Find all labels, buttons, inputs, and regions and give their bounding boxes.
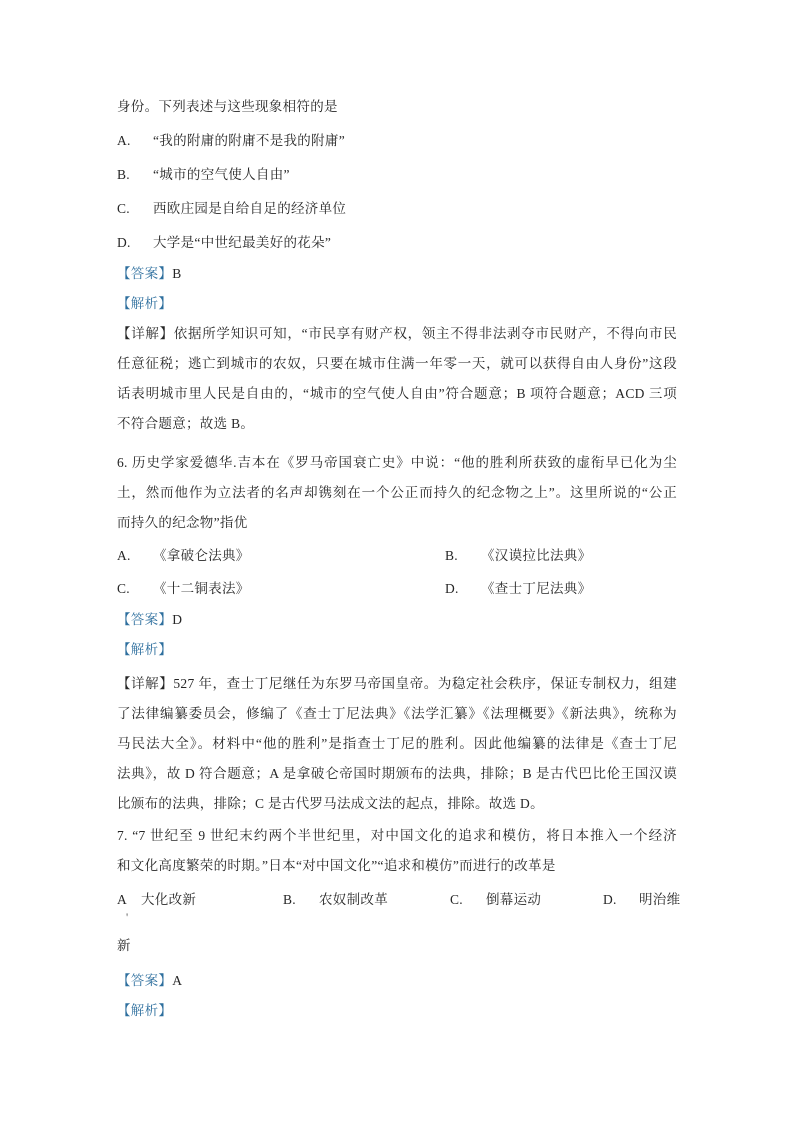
option-item-b: B.“城市的空气使人自由” bbox=[117, 160, 677, 190]
analysis-label: 【解析】 bbox=[117, 642, 172, 657]
option-text: 《十二铜表法》 bbox=[153, 581, 250, 596]
answer-value: D bbox=[172, 612, 182, 627]
option-text: 大化改新 bbox=[141, 892, 196, 907]
option-item-d: D.明治维 bbox=[603, 885, 680, 915]
option-item-d: D.《查士丁尼法典》 bbox=[445, 574, 591, 604]
detail-line: 【详解】依据所学知识可知，“市民享有财产权，领主不得非法剥夺市民财产，不得向市民 bbox=[117, 319, 677, 349]
answer-label: 【答案】 bbox=[117, 266, 172, 281]
option-d-continuation: 新 bbox=[117, 931, 677, 961]
option-item-b: B.《汉谟拉比法典》 bbox=[445, 541, 591, 571]
detail-line: 比颁布的法典，排除；C 是古代罗马法成文法的起点，排除。故选 D。 bbox=[117, 789, 677, 819]
option-item-c: C.西欧庄园是自给自足的经济单位 bbox=[117, 194, 677, 224]
detail-line: 了法律编纂委员会，修编了《查士丁尼法典》《法学汇纂》《法理概要》《新法典》，统称… bbox=[117, 699, 677, 729]
document-page: 身份。下列表述与这些现象相符的是 A.“我的附庸的附庸不是我的附庸” B.“城市… bbox=[0, 0, 793, 1122]
analysis-label-line: 【解析】 bbox=[117, 635, 677, 665]
option-letter: D. bbox=[445, 574, 481, 604]
question-5-options: A.“我的附庸的附庸不是我的附庸” B.“城市的空气使人自由” C.西欧庄园是自… bbox=[117, 126, 677, 258]
stem-line: 而持久的纪念物”指优 bbox=[117, 508, 677, 538]
analysis-label-line: 【解析】 bbox=[117, 289, 677, 319]
option-row-abcd: A大化改新 B.农奴制改革 C.倒幕运动 D.明治维 ' bbox=[117, 885, 677, 915]
detail-label: 【详解】 bbox=[117, 326, 174, 341]
detail-line: 法典》，故 D 符合题意；A 是拿破仑帝国时期颁布的法典，排除；B 是古代巴比伦… bbox=[117, 759, 677, 789]
question-5-detail: 【详解】依据所学知识可知，“市民享有财产权，领主不得非法剥夺市民财产，不得向市民… bbox=[117, 319, 677, 439]
option-item-c: C.《十二铜表法》 bbox=[117, 581, 250, 596]
option-item-d: D.大学是“中世纪最美好的花朵” bbox=[117, 228, 677, 258]
question-7-block: 7. “7 世纪至 9 世纪末约两个半世纪里，对中国文化的追求和模仿，将日本推入… bbox=[117, 821, 677, 1026]
detail-line: 任意征税；逃亡到城市的农奴，只要在城市住满一年零一天，就可以获得自由人身份”这段 bbox=[117, 349, 677, 379]
answer-line: 【答案】D bbox=[117, 605, 677, 635]
option-text: 明治维 bbox=[639, 892, 680, 907]
option-text: “城市的空气使人自由” bbox=[153, 167, 290, 182]
option-row-cd: C.《十二铜表法》 D.《查士丁尼法典》 bbox=[117, 574, 677, 604]
option-item-b: B.农奴制改革 bbox=[283, 885, 388, 915]
detail-line: 不符合题意；故选 B。 bbox=[117, 409, 677, 439]
answer-value: A bbox=[172, 973, 182, 988]
option-letter: A. bbox=[117, 541, 153, 571]
analysis-label-line: 【解析】 bbox=[117, 996, 677, 1026]
option-text: “我的附庸的附庸不是我的附庸” bbox=[153, 133, 345, 148]
answer-label: 【答案】 bbox=[117, 973, 172, 988]
option-text: 《拿破仑法典》 bbox=[153, 548, 250, 563]
option-letter: A bbox=[117, 885, 141, 915]
answer-line: 【答案】B bbox=[117, 259, 677, 289]
stem-line: 7. “7 世纪至 9 世纪末约两个半世纪里，对中国文化的追求和模仿，将日本推入… bbox=[117, 821, 677, 851]
option-item-a: A.“我的附庸的附庸不是我的附庸” bbox=[117, 126, 677, 156]
option-letter: B. bbox=[117, 160, 153, 190]
detail-text: 依据所学知识可知，“市民享有财产权，领主不得非法剥夺市民财产，不得向市民 bbox=[174, 326, 677, 341]
option-item-c: C.倒幕运动 bbox=[450, 885, 541, 915]
question-6-detail: 【详解】527 年，查士丁尼继任为东罗马帝国皇帝。为稳定社会秩序，保证专制权力，… bbox=[117, 669, 677, 819]
analysis-label: 【解析】 bbox=[117, 296, 172, 311]
detail-line: 话表明城市里人民是自由的，“城市的空气使人自由”符合题意；B 项符合题意；ACD… bbox=[117, 379, 677, 409]
question-6-block: 6. 历史学家爱德华.吉本在《罗马帝国衰亡史》中说：“他的胜利所获致的虚衔早已化… bbox=[117, 448, 677, 819]
option-item-a: A大化改新 bbox=[117, 885, 196, 915]
option-letter: B. bbox=[445, 541, 481, 571]
stem-line: 身份。下列表述与这些现象相符的是 bbox=[117, 92, 677, 122]
option-letter: D. bbox=[117, 228, 153, 258]
option-text: 西欧庄园是自给自足的经济单位 bbox=[153, 201, 346, 216]
option-letter: C. bbox=[117, 194, 153, 224]
option-text: 倒幕运动 bbox=[486, 892, 541, 907]
answer-line: 【答案】A bbox=[117, 966, 677, 996]
option-item-a: A.《拿破仑法典》 bbox=[117, 548, 250, 563]
option-text: 农奴制改革 bbox=[319, 892, 388, 907]
detail-line: 【详解】527 年，查士丁尼继任为东罗马帝国皇帝。为稳定社会秩序，保证专制权力，… bbox=[117, 669, 677, 699]
stem-line: 6. 历史学家爱德华.吉本在《罗马帝国衰亡史》中说：“他的胜利所获致的虚衔早已化… bbox=[117, 448, 677, 478]
analysis-label: 【解析】 bbox=[117, 1003, 172, 1018]
option-text: 《查士丁尼法典》 bbox=[481, 581, 591, 596]
option-text: 《汉谟拉比法典》 bbox=[481, 548, 591, 563]
detail-line: 马民法大全》。材料中“他的胜利”是指查士丁尼的胜利。因此他编纂的法律是《查士丁尼 bbox=[117, 729, 677, 759]
answer-value: B bbox=[172, 266, 181, 281]
detail-text: 527 年，查士丁尼继任为东罗马帝国皇帝。为稳定社会秩序，保证专制权力，组建 bbox=[173, 676, 677, 691]
option-letter: C. bbox=[117, 574, 153, 604]
option-letter: D. bbox=[603, 885, 639, 915]
option-letter: C. bbox=[450, 885, 486, 915]
stem-line: 土，然而他作为立法者的名声却镌刻在一个公正而持久的纪念物之上”。这里所说的“公正 bbox=[117, 478, 677, 508]
answer-label: 【答案】 bbox=[117, 612, 172, 627]
detail-label: 【详解】 bbox=[117, 676, 173, 691]
option-letter: B. bbox=[283, 885, 319, 915]
stem-line: 和文化高度繁荣的时期。”日本“对中国文化”“追求和模仿”而进行的改革是 bbox=[117, 851, 677, 881]
option-letter: A. bbox=[117, 126, 153, 156]
stray-mark: ' bbox=[126, 911, 128, 923]
question-5-block: 身份。下列表述与这些现象相符的是 A.“我的附庸的附庸不是我的附庸” B.“城市… bbox=[117, 92, 677, 439]
option-text: 大学是“中世纪最美好的花朵” bbox=[153, 235, 331, 250]
option-row-ab: A.《拿破仑法典》 B.《汉谟拉比法典》 bbox=[117, 541, 677, 571]
